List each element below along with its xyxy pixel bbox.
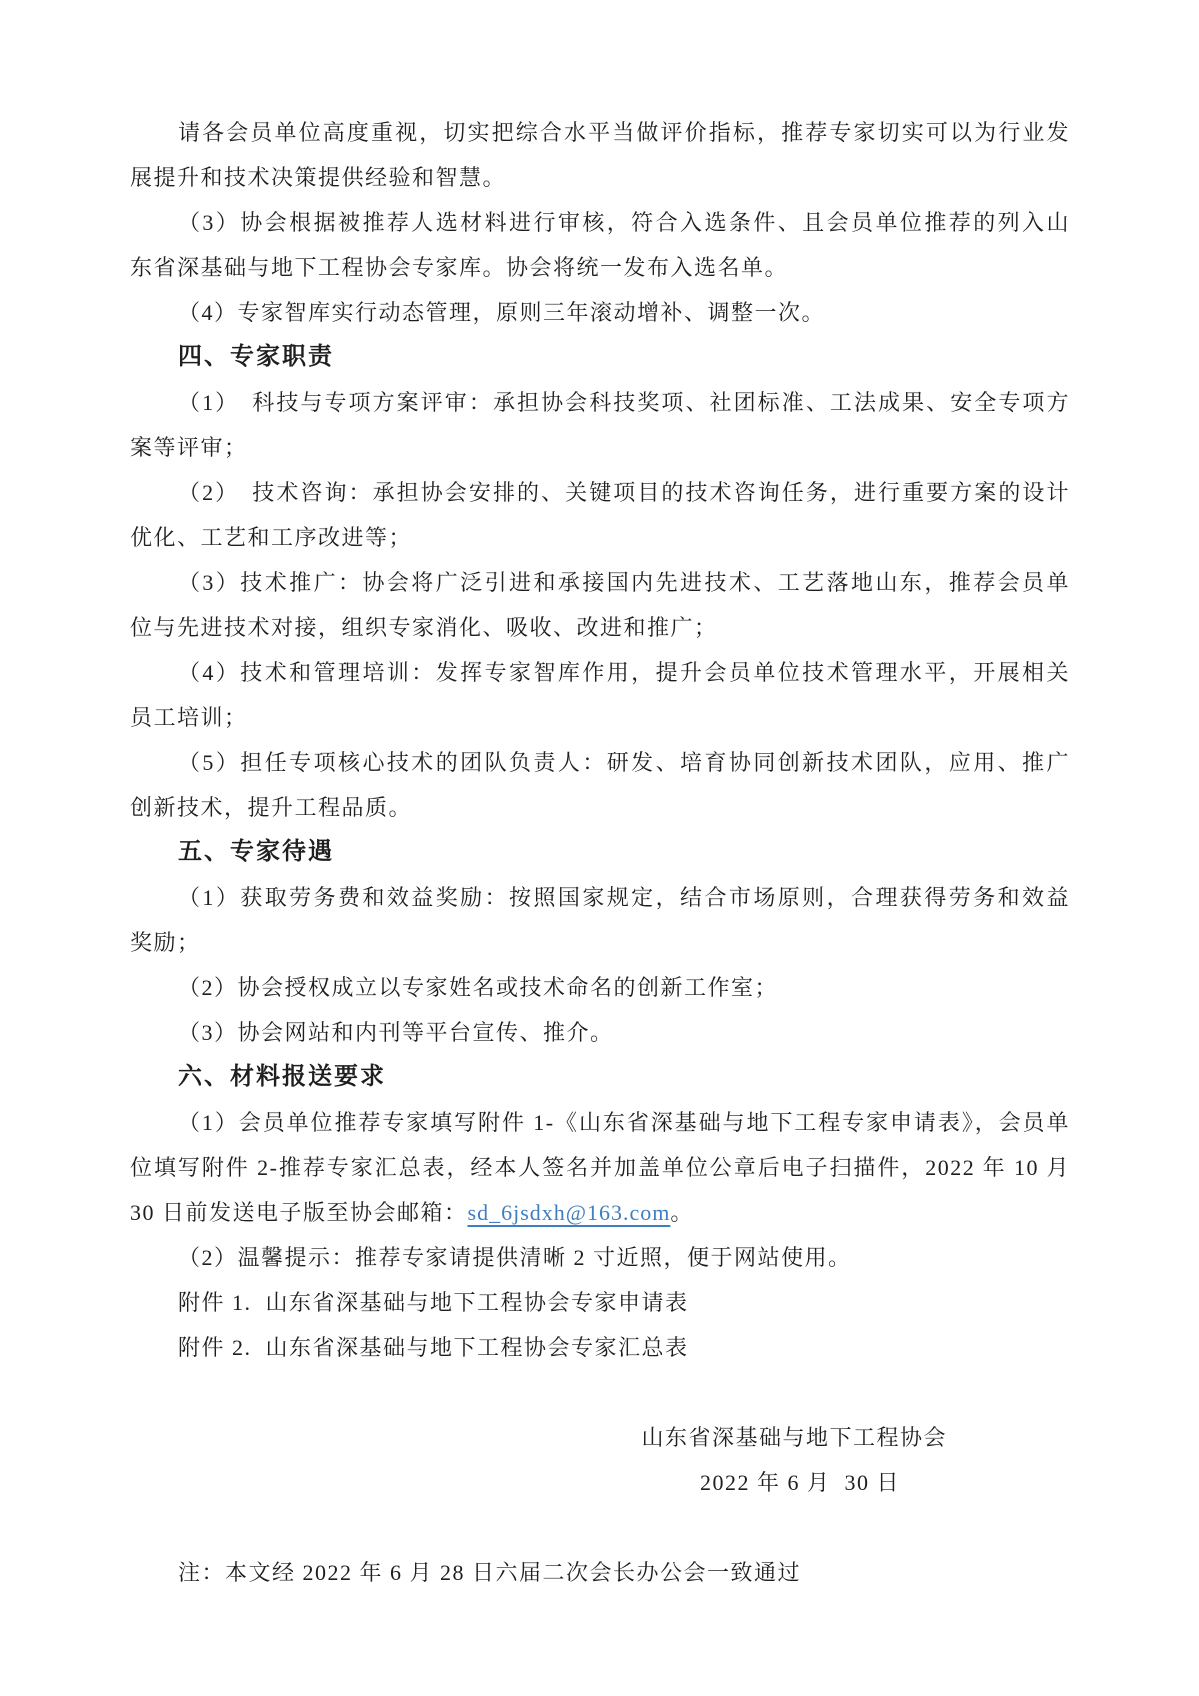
paragraph: （5）担任专项核心技术的团队负责人：研发、培育协同创新技术团队，应用、推广创新技… bbox=[130, 740, 1070, 830]
blank-line bbox=[130, 1370, 1070, 1415]
paragraph: （3）协会网站和内刊等平台宣传、推介。 bbox=[130, 1010, 1070, 1055]
text-line: （2） 技术咨询：承担协会安排的、关键项目的技术咨询任务，进行重要方案的设计 bbox=[130, 470, 1070, 515]
section-heading: 六、材料报送要求 bbox=[130, 1055, 1070, 1100]
footnote: 注：本文经 2022 年 6 月 28 日六届二次会长办公会一致通过 bbox=[130, 1550, 1070, 1595]
text-line: 2022 年 6 月 30 日 bbox=[130, 1460, 1070, 1505]
paragraph: （2）协会授权成立以专家姓名或技术命名的创新工作室； bbox=[130, 965, 1070, 1010]
paragraph: （3）协会根据被推荐人选材料进行审核，符合入选条件、且会员单位推荐的列入山东省深… bbox=[130, 200, 1070, 290]
date-line: 2022 年 6 月 30 日 bbox=[130, 1460, 1070, 1505]
paragraph: （3）技术推广：协会将广泛引进和承接国内先进技术、工艺落地山东，推荐会员单位与先… bbox=[130, 560, 1070, 650]
text-line: 山东省深基础与地下工程协会 bbox=[130, 1415, 1070, 1460]
text-line: 四、专家职责 bbox=[130, 335, 1070, 380]
text-line: 五、专家待遇 bbox=[130, 830, 1070, 875]
paragraph: （2）温馨提示：推荐专家请提供清晰 2 寸近照，便于网站使用。 bbox=[130, 1235, 1070, 1280]
paragraph: （1） 科技与专项方案评审：承担协会科技奖项、社团标准、工法成果、安全专项方案等… bbox=[130, 380, 1070, 470]
section-heading: 四、专家职责 bbox=[130, 335, 1070, 380]
text-line: （5）担任专项核心技术的团队负责人：研发、培育协同创新技术团队，应用、推广 bbox=[130, 740, 1070, 785]
document-body: 请各会员单位高度重视，切实把综合水平当做评价指标，推荐专家切实可以为行业发展提升… bbox=[130, 110, 1070, 1595]
email-link[interactable]: sd_6jsdxh@163.com bbox=[468, 1200, 671, 1225]
paragraph: （4）技术和管理培训：发挥专家智库作用，提升会员单位技术管理水平，开展相关员工培… bbox=[130, 650, 1070, 740]
text-line: 创新技术，提升工程品质。 bbox=[130, 785, 1070, 830]
text-line: 奖励； bbox=[130, 920, 1070, 965]
text-line: 位与先进技术对接，组织专家消化、吸收、改进和推广； bbox=[130, 605, 1070, 650]
text-line: 员工培训； bbox=[130, 695, 1070, 740]
text-segment: 。 bbox=[670, 1200, 694, 1225]
text-segment: 30 日前发送电子版至协会邮箱： bbox=[130, 1200, 468, 1225]
text-line: 30 日前发送电子版至协会邮箱：sd_6jsdxh@163.com。 bbox=[130, 1190, 1070, 1235]
paragraph: 请各会员单位高度重视，切实把综合水平当做评价指标，推荐专家切实可以为行业发展提升… bbox=[130, 110, 1070, 200]
text-line: （2）协会授权成立以专家姓名或技术命名的创新工作室； bbox=[130, 965, 1070, 1010]
paragraph: （2） 技术咨询：承担协会安排的、关键项目的技术咨询任务，进行重要方案的设计优化… bbox=[130, 470, 1070, 560]
text-line: 展提升和技术决策提供经验和智慧。 bbox=[130, 155, 1070, 200]
text-line: 请各会员单位高度重视，切实把综合水平当做评价指标，推荐专家切实可以为行业发 bbox=[130, 110, 1070, 155]
text-line: 案等评审； bbox=[130, 425, 1070, 470]
text-line: 附件 1. 山东省深基础与地下工程协会专家申请表 bbox=[130, 1280, 1070, 1325]
text-line: 注：本文经 2022 年 6 月 28 日六届二次会长办公会一致通过 bbox=[130, 1550, 1070, 1595]
paragraph: （4）专家智库实行动态管理，原则三年滚动增补、调整一次。 bbox=[130, 290, 1070, 335]
document-page: 请各会员单位高度重视，切实把综合水平当做评价指标，推荐专家切实可以为行业发展提升… bbox=[0, 0, 1199, 1696]
text-line bbox=[130, 1505, 1070, 1550]
text-line: （3）协会网站和内刊等平台宣传、推介。 bbox=[130, 1010, 1070, 1055]
text-line: （1）会员单位推荐专家填写附件 1-《山东省深基础与地下工程专家申请表》，会员单 bbox=[130, 1100, 1070, 1145]
text-line: （3）协会根据被推荐人选材料进行审核，符合入选条件、且会员单位推荐的列入山 bbox=[130, 200, 1070, 245]
text-line: （4）技术和管理培训：发挥专家智库作用，提升会员单位技术管理水平，开展相关 bbox=[130, 650, 1070, 695]
signature-line: 山东省深基础与地下工程协会 bbox=[130, 1415, 1070, 1460]
text-line: 六、材料报送要求 bbox=[130, 1055, 1070, 1100]
text-line: 附件 2. 山东省深基础与地下工程协会专家汇总表 bbox=[130, 1325, 1070, 1370]
blank-line bbox=[130, 1505, 1070, 1550]
text-line: （1）获取劳务费和效益奖励：按照国家规定，结合市场原则，合理获得劳务和效益 bbox=[130, 875, 1070, 920]
text-line: （1） 科技与专项方案评审：承担协会科技奖项、社团标准、工法成果、安全专项方 bbox=[130, 380, 1070, 425]
text-line bbox=[130, 1370, 1070, 1415]
text-line: （3）技术推广：协会将广泛引进和承接国内先进技术、工艺落地山东，推荐会员单 bbox=[130, 560, 1070, 605]
text-line: （4）专家智库实行动态管理，原则三年滚动增补、调整一次。 bbox=[130, 290, 1070, 335]
paragraph: （1）获取劳务费和效益奖励：按照国家规定，结合市场原则，合理获得劳务和效益奖励； bbox=[130, 875, 1070, 965]
paragraph: 附件 1. 山东省深基础与地下工程协会专家申请表 bbox=[130, 1280, 1070, 1325]
text-line: 优化、工艺和工序改进等； bbox=[130, 515, 1070, 560]
paragraph: （1）会员单位推荐专家填写附件 1-《山东省深基础与地下工程专家申请表》，会员单… bbox=[130, 1100, 1070, 1235]
paragraph: 附件 2. 山东省深基础与地下工程协会专家汇总表 bbox=[130, 1325, 1070, 1370]
text-line: 东省深基础与地下工程协会专家库。协会将统一发布入选名单。 bbox=[130, 245, 1070, 290]
section-heading: 五、专家待遇 bbox=[130, 830, 1070, 875]
text-line: 位填写附件 2-推荐专家汇总表，经本人签名并加盖单位公章后电子扫描件，2022 … bbox=[130, 1145, 1070, 1190]
text-line: （2）温馨提示：推荐专家请提供清晰 2 寸近照，便于网站使用。 bbox=[130, 1235, 1070, 1280]
